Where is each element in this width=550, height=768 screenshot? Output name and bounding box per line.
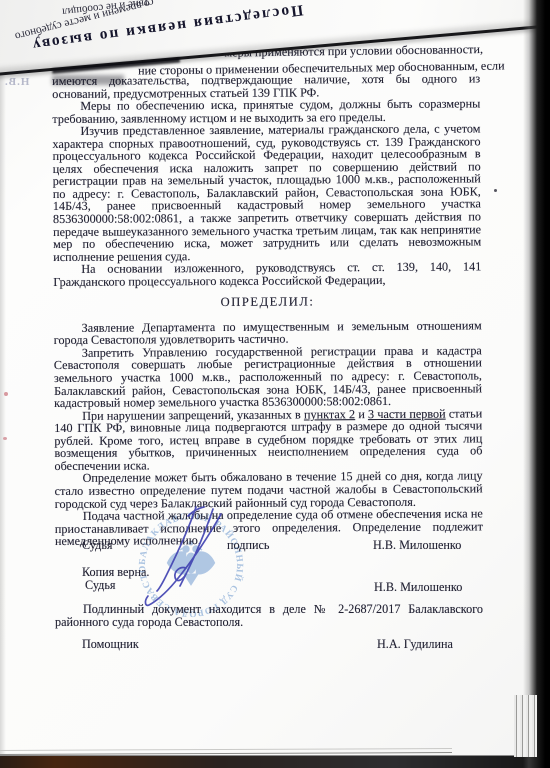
assistant-name: Н.А. Гудилина [377,638,453,651]
document-body-text: имеются доказательства, подтверждающие н… [52,72,483,547]
copy-correct-label: Копия верна. [82,566,149,579]
bleed-through-text: Н.В. [4,76,29,88]
paragraph-violation: При нарушении запрещений, указанных в пу… [54,407,482,472]
paragraph-prohibit: Запретить Управлению государственной рег… [54,344,482,409]
judge-name: Н.В. Милошенко [373,539,461,552]
judge-name-2: Н.В. Милошенко [374,581,462,594]
ink-smudge [52,75,124,85]
scan-background-right [523,0,550,768]
paragraph-appeal: Определение может быть обжаловано в тече… [55,470,483,510]
double-headed-eagle-icon [167,541,215,585]
judge-label: Судья [82,539,113,552]
scanned-court-order: Н.В. БАЛАКЛАВСКИЙ РАЙОННЫЙ СУД ГОРОДА СЕ… [0,0,550,768]
scan-speck [494,189,497,192]
page-left-curl-shadow [0,0,6,768]
paragraph-based-on: На основании изложенного, руководствуясь… [53,261,481,289]
scan-speck-pink-2 [3,437,7,440]
resolution-heading: ОПРЕДЕЛИЛ: [53,295,481,310]
assistant-label: Помощник [82,638,139,651]
judge-label-2: Судья [85,579,116,592]
paragraph-having-studied: Изучив представленное заявление, материа… [52,123,481,264]
scan-background-bottom [0,755,550,768]
signature-word: подпись [227,539,269,552]
original-document-note: Подлинный документ находится в деле № 2-… [55,603,483,628]
stacked-pages-edge [514,695,537,757]
scan-speck-pink [4,392,8,396]
